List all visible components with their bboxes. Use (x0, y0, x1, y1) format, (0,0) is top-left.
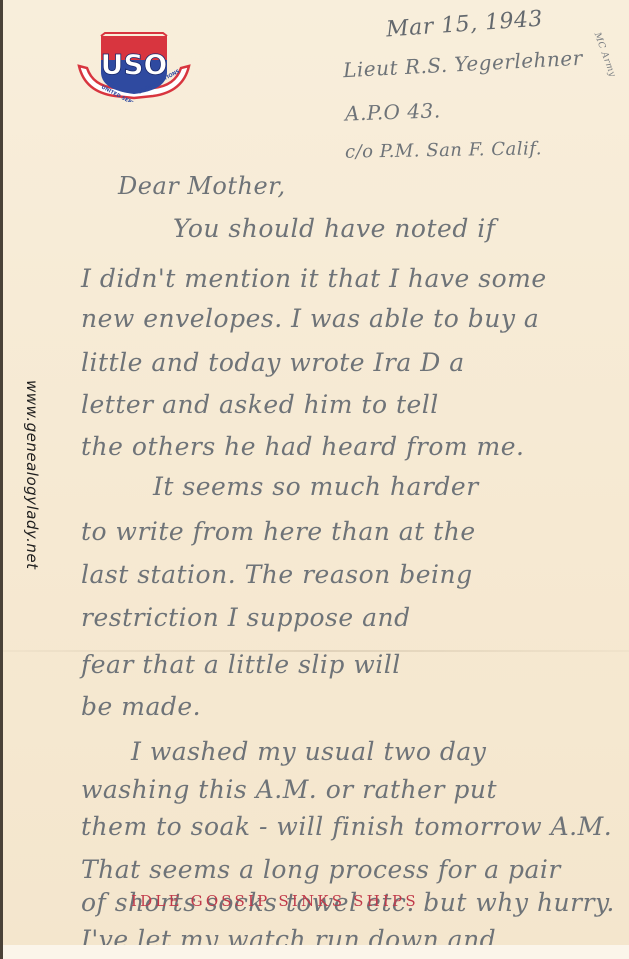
body-line: the others he had heard from me. (81, 432, 524, 461)
body-line: I washed my usual two day (131, 737, 486, 766)
watermark: www.genealogylady.net (23, 380, 41, 570)
body-line: washing this A.M. or rather put (81, 775, 497, 804)
body-line: them to soak - will finish tomorrow A.M. (81, 812, 612, 841)
body-line: be made. (81, 692, 201, 721)
svg-text:USO: USO (101, 48, 168, 81)
body-line: That seems a long process for a pair (81, 855, 561, 884)
letter-date: Mar 15, 1943 (385, 7, 543, 43)
uso-logo: USO UNITED SERVICE ORGANIZATIONS (75, 32, 193, 102)
paper-fold-line (3, 650, 629, 652)
body-line: little and today wrote Ira D a (81, 348, 465, 377)
care-of-address: c/o P.M. San F. Calif. (345, 138, 542, 162)
footer-slogan: IDLE GOSSIP SINKS SHIPS (131, 892, 419, 910)
salutation: Dear Mother, (118, 172, 286, 200)
body-line: fear that a little slip will (81, 650, 401, 679)
sender-unit-note: MC Army (592, 31, 617, 78)
body-line: to write from here than at the (81, 517, 476, 546)
body-line: You should have noted if (173, 214, 496, 243)
body-line: It seems so much harder (153, 472, 479, 501)
body-line: restriction I suppose and (81, 603, 411, 632)
body-line: last station. The reason being (81, 560, 473, 589)
paper-bottom-edge (3, 945, 629, 959)
body-line: new envelopes. I was able to buy a (81, 304, 539, 333)
letter-page: USO UNITED SERVICE ORGANIZATIONS Mar 15,… (0, 0, 629, 959)
body-line: letter and asked him to tell (81, 390, 439, 419)
sender-name: Lieut R.S. Yegerlehner (343, 46, 584, 83)
uso-shield-icon: USO UNITED SERVICE ORGANIZATIONS (75, 32, 193, 102)
body-line: I didn't mention it that I have some (81, 264, 547, 293)
apo-number: A.P.O 43. (345, 98, 441, 125)
